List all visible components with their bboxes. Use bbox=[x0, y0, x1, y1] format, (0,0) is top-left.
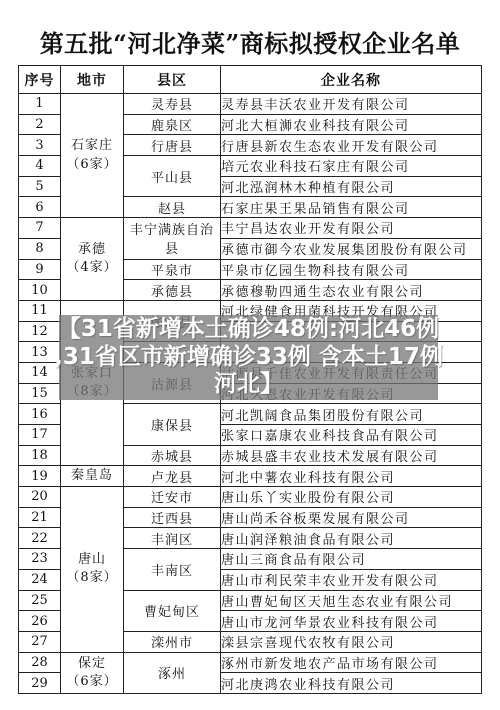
company-cell: 赤城县盛丰农业技术发展有限公司 bbox=[221, 445, 482, 466]
row-number-cell: 19 bbox=[19, 466, 61, 487]
city-name: 承德 bbox=[61, 241, 123, 259]
header-county: 县区 bbox=[124, 66, 221, 94]
city-count: （4家） bbox=[61, 259, 123, 277]
county-cell: 平山县 bbox=[124, 156, 221, 197]
table-row: 1石家庄（6家）灵寿县灵寿县丰沃农业开发有限公司 bbox=[19, 94, 482, 115]
row-number-cell: 3 bbox=[19, 135, 61, 156]
table-header-row: 序号 地市 县区 企业名称 bbox=[19, 66, 482, 94]
row-number-cell: 16 bbox=[19, 404, 61, 425]
county-cell: 赤城县 bbox=[124, 445, 221, 466]
city-cell: 石家庄（6家） bbox=[61, 94, 124, 218]
table-row: 28保定（6家）涿州涿州市新发地农产品市场有限公司 bbox=[19, 652, 482, 673]
row-number-cell: 8 bbox=[19, 238, 61, 259]
company-cell: 唐山乐丫实业股份有限公司 bbox=[221, 487, 482, 508]
row-number-cell: 28 bbox=[19, 652, 61, 673]
row-number-cell: 26 bbox=[19, 611, 61, 632]
company-cell: 培元农业科技石家庄有限公司 bbox=[221, 156, 482, 177]
row-number-cell: 1 bbox=[19, 94, 61, 115]
company-cell: 行唐县新农生态农业开发有限公司 bbox=[221, 135, 482, 156]
company-cell: 滦县宗喜现代农牧有限公司 bbox=[221, 631, 482, 652]
table-row: 20唐山（8家）迁安市唐山乐丫实业股份有限公司 bbox=[19, 487, 482, 508]
row-number-cell: 2 bbox=[19, 114, 61, 135]
row-number-cell: 11 bbox=[19, 300, 61, 321]
county-cell: 迁安市 bbox=[124, 487, 221, 508]
company-cell: 张家口嘉康农业科技食品有限公司 bbox=[221, 425, 482, 446]
overlay-text-line: ,31省区市新增确诊33例 含本土17例 bbox=[54, 344, 443, 372]
city-cell: 唐山（8家） bbox=[61, 487, 124, 653]
row-number-cell: 7 bbox=[19, 218, 61, 239]
document-page: 第五批“河北净菜”商标拟授权企业名单 序号 地市 县区 企业名称 1石家庄（6家… bbox=[0, 0, 500, 710]
row-number-cell: 6 bbox=[19, 197, 61, 218]
header-company-name: 企业名称 bbox=[221, 66, 482, 94]
row-number-cell: 23 bbox=[19, 549, 61, 570]
row-number-cell: 5 bbox=[19, 176, 61, 197]
row-number-cell: 25 bbox=[19, 590, 61, 611]
header-serial-number: 序号 bbox=[19, 66, 61, 94]
company-cell: 河北中薯农业科技有限公司 bbox=[221, 466, 482, 487]
table-row: 19秦皇岛卢龙县河北中薯农业科技有限公司 bbox=[19, 466, 482, 487]
company-cell: 平泉市亿园生物科技有限公司 bbox=[221, 259, 482, 280]
county-cell: 涿州 bbox=[124, 652, 221, 693]
row-number-cell: 10 bbox=[19, 280, 61, 301]
county-cell: 丰宁满族自治县 bbox=[124, 218, 221, 259]
company-cell: 河北泓润林木种植有限公司 bbox=[221, 176, 482, 197]
page-title: 第五批“河北净菜”商标拟授权企业名单 bbox=[0, 24, 500, 59]
row-number-cell: 27 bbox=[19, 631, 61, 652]
county-cell: 康保县 bbox=[124, 404, 221, 445]
header-city: 地市 bbox=[61, 66, 124, 94]
company-cell: 河北凯阔食品集团股份有限公司 bbox=[221, 404, 482, 425]
company-cell: 唐山曹妃甸区天旭生态农业有限公司 bbox=[221, 590, 482, 611]
city-name: 保定 bbox=[61, 655, 123, 673]
county-cell: 丰润区 bbox=[124, 528, 221, 549]
city-count: （8家） bbox=[61, 569, 123, 587]
county-cell: 滦州市 bbox=[124, 631, 221, 652]
row-number-cell: 24 bbox=[19, 569, 61, 590]
county-cell: 曹妃甸区 bbox=[124, 590, 221, 631]
county-cell: 赵县 bbox=[124, 197, 221, 218]
county-cell: 卢龙县 bbox=[124, 466, 221, 487]
company-cell: 涿州市新发地农产品市场有限公司 bbox=[221, 652, 482, 673]
company-cell: 灵寿县丰沃农业开发有限公司 bbox=[221, 94, 482, 115]
company-cell: 唐山市龙河华景农业科技有限公司 bbox=[221, 611, 482, 632]
county-cell: 行唐县 bbox=[124, 135, 221, 156]
company-cell: 唐山市利民荣丰农业开发有限公司 bbox=[221, 569, 482, 590]
city-count: （6家） bbox=[61, 156, 123, 174]
county-cell: 承德县 bbox=[124, 280, 221, 301]
city-cell: 保定（6家） bbox=[61, 652, 124, 693]
company-cell: 承德市御今农业发展集团股份有限公司 bbox=[221, 238, 482, 259]
company-cell: 石家庄果王果品销售有限公司 bbox=[221, 197, 482, 218]
county-cell: 灵寿县 bbox=[124, 94, 221, 115]
company-cell: 唐山三商食品有限公司 bbox=[221, 549, 482, 570]
row-number-cell: 17 bbox=[19, 425, 61, 446]
county-cell: 鹿泉区 bbox=[124, 114, 221, 135]
row-number-cell: 22 bbox=[19, 528, 61, 549]
city-cell: 秦皇岛 bbox=[61, 466, 124, 487]
row-number-cell: 12 bbox=[19, 321, 61, 342]
company-cell: 丰宁昌达农业开发有限公司 bbox=[221, 218, 482, 239]
table-row: 7承德（4家）丰宁满族自治县丰宁昌达农业开发有限公司 bbox=[19, 218, 482, 239]
company-cell: 唐山尚禾谷板栗发展有限公司 bbox=[221, 507, 482, 528]
row-number-cell: 21 bbox=[19, 507, 61, 528]
news-headline-overlay: 【31省新增本土确诊48例:河北46例 ,31省区市新增确诊33例 含本土17例… bbox=[59, 315, 438, 400]
overlay-text-line: 河北】 bbox=[214, 371, 283, 399]
company-cell: 承德穆勒四通生态农业有限公司 bbox=[221, 280, 482, 301]
company-cell: 唐山润泽粮油食品有限公司 bbox=[221, 528, 482, 549]
city-name: 唐山 bbox=[61, 551, 123, 569]
city-name: 秦皇岛 bbox=[61, 467, 123, 485]
county-cell: 丰南区 bbox=[124, 549, 221, 590]
overlay-text-line: 【31省新增本土确诊48例:河北46例 bbox=[58, 316, 439, 344]
row-number-cell: 15 bbox=[19, 383, 61, 404]
company-cell: 河北庚鸿农业科技有限公司 bbox=[221, 673, 482, 694]
row-number-cell: 4 bbox=[19, 156, 61, 177]
county-cell: 平泉市 bbox=[124, 259, 221, 280]
company-cell: 河北大桓浉农业科技有限公司 bbox=[221, 114, 482, 135]
city-name: 石家庄 bbox=[61, 137, 123, 155]
row-number-cell: 20 bbox=[19, 487, 61, 508]
county-cell: 迁西县 bbox=[124, 507, 221, 528]
city-cell: 承德（4家） bbox=[61, 218, 124, 301]
row-number-cell: 18 bbox=[19, 445, 61, 466]
city-count: （6家） bbox=[61, 673, 123, 691]
row-number-cell: 9 bbox=[19, 259, 61, 280]
row-number-cell: 29 bbox=[19, 673, 61, 694]
